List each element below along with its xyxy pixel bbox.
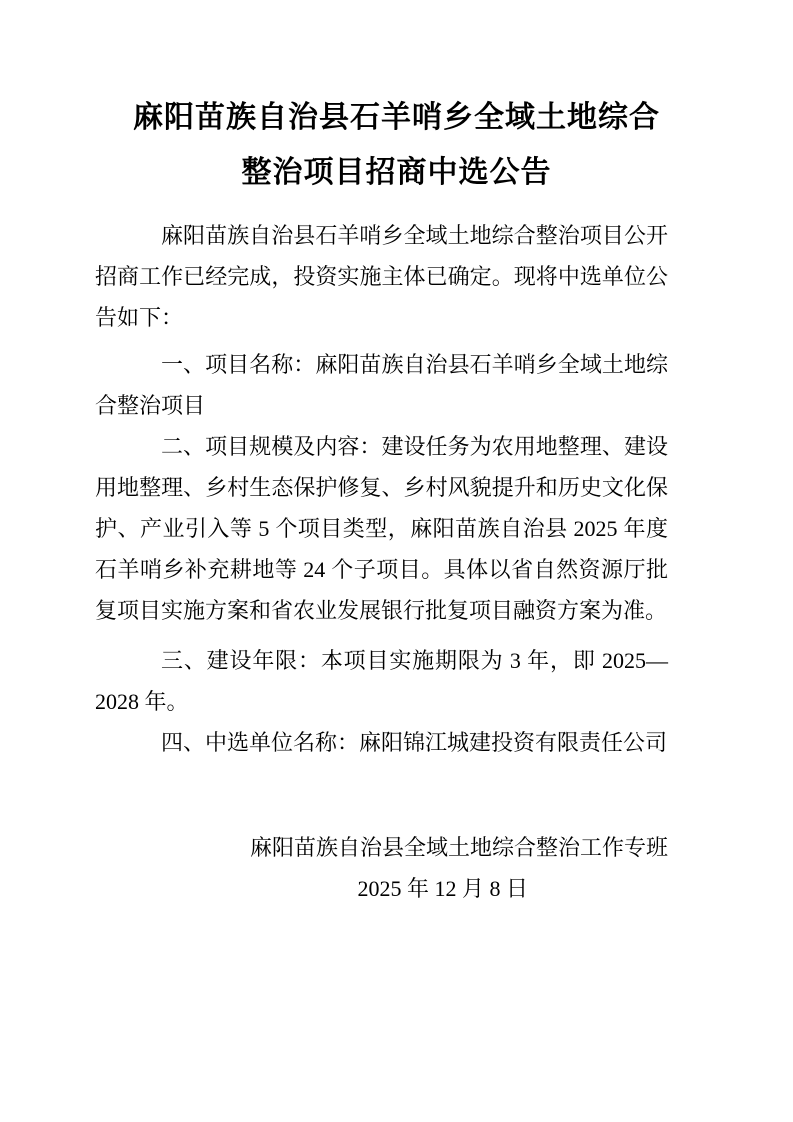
paragraph-intro: 麻阳苗族自治县石羊哨乡全域土地综合整治项目公开招商工作已经完成，投资实施主体已确… [95,215,668,338]
signature-date: 2025 年 12 月 8 日 [95,868,668,909]
signature-block: 麻阳苗族自治县全域土地综合整治工作专班 2025 年 12 月 8 日 [95,827,668,909]
title-line-2: 整治项目招商中选公告 [0,145,793,200]
document-body: 麻阳苗族自治县石羊哨乡全域土地综合整治项目公开招商工作已经完成，投资实施主体已确… [95,215,668,909]
paragraph-item-3-duration: 三、建设年限：本项目实施期限为 3 年，即 2025—2028 年。 [95,640,668,722]
paragraph-item-1-project-name: 一、项目名称：麻阳苗族自治县石羊哨乡全域土地综合整治项目 [95,344,668,426]
document-title: 麻阳苗族自治县石羊哨乡全域土地综合 整治项目招商中选公告 [0,0,793,200]
signature-organization: 麻阳苗族自治县全域土地综合整治工作专班 [95,827,668,868]
paragraph-item-2-scope: 二、项目规模及内容：建设任务为农用地整理、建设用地整理、乡村生态保护修复、乡村风… [95,426,668,631]
document-page: 麻阳苗族自治县石羊哨乡全域土地综合 整治项目招商中选公告 麻阳苗族自治县石羊哨乡… [0,0,793,1122]
paragraph-item-4-winner: 四、中选单位名称：麻阳锦江城建投资有限责任公司 [95,722,668,763]
title-line-1: 麻阳苗族自治县石羊哨乡全域土地综合 [0,90,793,145]
